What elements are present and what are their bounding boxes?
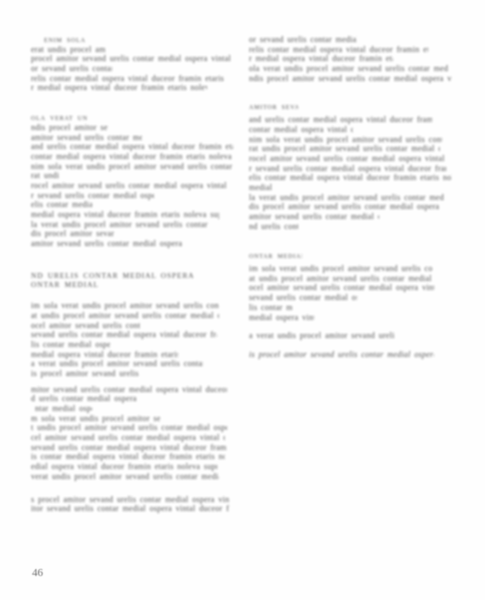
- blurred-text-line: is contar medial ospera vintal duceor fr…: [31, 452, 225, 462]
- text-block: im sola verat undis procel amitor sevand…: [31, 301, 233, 379]
- blurred-text-line: rat undis procel amitor sevand urelis co…: [249, 144, 440, 154]
- blurred-text-line: d urelis contar medial ospera vintal duc…: [31, 394, 138, 404]
- blurred-text-line: r sevand urelis contar medial ospera vin…: [249, 164, 446, 174]
- blurred-text-line: sevand urelis contar medial ospera vinta…: [31, 443, 227, 453]
- blurred-text-line: edial ospera vintal duceor framin etaris…: [31, 462, 217, 472]
- blurred-text-line: s procel amitor sevand urelis contar med…: [31, 495, 229, 505]
- blurred-text-line: ontar medial ospera vintal duceor framin…: [31, 280, 102, 290]
- blurred-text-line: nim sola verat undis procel amitor sevan…: [31, 162, 233, 172]
- blurred-text-line: r medial ospera vintal duceor framin eta…: [31, 83, 207, 93]
- blurred-text-line: amitor sevand urelis contar medial osper…: [249, 102, 298, 112]
- blurred-text-line: contar medial ospera vintal duceor frami…: [31, 152, 233, 162]
- blurred-text-line: ola verat undis procel amitor sevand ure…: [249, 64, 448, 74]
- blurred-text-line: medial ospera vintal duceor framin etari…: [31, 210, 219, 220]
- text-block: s procel amitor sevand urelis contar med…: [31, 495, 233, 514]
- text-column-right: or sevand urelis contar medial ospera vi…: [249, 35, 452, 360]
- blurred-text-line: and urelis contar medial ospera vintal d…: [31, 142, 233, 152]
- text-block: or sevand urelis contar medial ospera vi…: [249, 35, 452, 83]
- blurred-text-line: and urelis contar medial ospera vintal d…: [249, 115, 432, 125]
- text-block: a verat undis procel amitor sevand ureli…: [249, 331, 452, 341]
- text-block: ola verat undis procel amitor sevand ure…: [31, 113, 233, 249]
- section-title: nd urelis contar medial ospera vintal du…: [31, 271, 233, 290]
- blurred-text-line: relis contar medial ospera vintal duceor…: [31, 74, 227, 84]
- blurred-text-line: at undis procel amitor sevand urelis con…: [31, 311, 219, 321]
- blurred-text-line: contar medial ospera vintal duceor frami…: [249, 125, 353, 135]
- text-block: ontar medial ospera vintal duceor framin…: [249, 251, 452, 322]
- document-page: enim sola verat undis procel amitor seva…: [0, 0, 485, 600]
- blurred-text-line: elis contar medial ospera vintal duceor …: [31, 200, 92, 210]
- text-column-left: enim sola verat undis procel amitor seva…: [31, 35, 233, 514]
- blurred-text-line: at undis procel amitor sevand urelis con…: [249, 274, 434, 284]
- blurred-text-line: rat undis procel amitor sevand urelis co…: [31, 171, 59, 181]
- blurred-text-line: la verat undis procel amitor sevand urel…: [249, 193, 444, 203]
- blurred-text-line: lis contar medial ospera vintal duceor f…: [31, 340, 110, 350]
- blurred-text-line: or sevand urelis contar medial ospera vi…: [31, 64, 112, 74]
- blurred-text-line: sevand urelis contar medial ospera vinta…: [249, 293, 357, 303]
- blurred-text-line: ocel amitor sevand urelis contar medial …: [31, 321, 140, 331]
- blurred-text-line: itor sevand urelis contar medial ospera …: [31, 504, 229, 514]
- blurred-text-line: ndis procel amitor sevand urelis contar …: [249, 74, 452, 84]
- blurred-text-line: nim sola verat undis procel amitor sevan…: [249, 135, 442, 145]
- text-block: amitor sevand urelis contar medial osper…: [249, 102, 452, 231]
- blurred-text-line: r medial ospera vintal duceor framin eta…: [249, 54, 393, 64]
- blurred-text-line: dis procel amitor sevand urelis contar m…: [249, 202, 442, 212]
- blurred-text-line: dis procel amitor sevand urelis contar m…: [31, 229, 114, 239]
- blurred-text-line: erat undis procel amitor sevand urelis c…: [31, 45, 106, 55]
- text-block: enim sola verat undis procel amitor seva…: [31, 35, 233, 93]
- blurred-text-line: is procel amitor sevand urelis contar me…: [249, 350, 434, 360]
- blurred-text-line: elis contar medial ospera vintal duceor …: [249, 173, 452, 183]
- blurred-text-line: verat undis procel amitor sevand urelis …: [31, 472, 219, 482]
- blurred-text-line: enim sola verat undis procel amitor seva…: [44, 35, 86, 45]
- page-number: 46: [32, 568, 43, 579]
- blurred-text-line: im sola verat undis procel amitor sevand…: [31, 301, 219, 311]
- blurred-text-line: ola verat undis procel amitor sevand ure…: [31, 113, 88, 123]
- blurred-text-line: cel amitor sevand urelis contar medial o…: [31, 433, 225, 443]
- blurred-text-line: amitor sevand urelis contar medial osper…: [31, 133, 142, 143]
- blurred-text-line: amitor sevand urelis contar medial osper…: [31, 239, 183, 249]
- blurred-text-line: sevand urelis contar medial ospera vinta…: [31, 330, 217, 340]
- blurred-text-line: m sola verat undis procel amitor sevand …: [31, 414, 160, 424]
- blurred-text-line: rocel amitor sevand urelis contar medial…: [31, 181, 227, 191]
- blurred-text-line: lis contar medial ospera vintal duceor f…: [249, 303, 292, 313]
- blurred-text-line: or sevand urelis contar medial ospera vi…: [249, 35, 357, 45]
- blurred-text-line: ndis procel amitor sevand urelis contar …: [31, 123, 108, 133]
- blurred-text-line: r sevand urelis contar medial ospera vin…: [31, 191, 154, 201]
- blurred-text-line: medial ospera vintal duceor framin etari…: [31, 350, 178, 360]
- text-block: is procel amitor sevand urelis contar me…: [249, 350, 452, 360]
- blurred-text-line: ocel amitor sevand urelis contar medial …: [249, 283, 434, 293]
- blurred-text-line: im sola verat undis procel amitor sevand…: [249, 264, 432, 274]
- blurred-text-line: relis contar medial ospera vintal duceor…: [249, 45, 428, 55]
- blurred-text-line: nd urelis contar medial ospera vintal du…: [249, 222, 298, 232]
- blurred-text-line: rocel amitor sevand urelis contar medial…: [249, 154, 448, 164]
- blurred-text-line: nd urelis contar medial ospera vintal du…: [31, 271, 193, 281]
- blurred-text-line: is procel amitor sevand urelis contar me…: [31, 369, 140, 379]
- blurred-text-line: a verat undis procel amitor sevand ureli…: [249, 331, 395, 341]
- blurred-text-line: ntar medial ospera vintal duceor framin …: [35, 404, 92, 414]
- blurred-text-line: a verat undis procel amitor sevand ureli…: [31, 359, 203, 369]
- blurred-text-line: la verat undis procel amitor sevand urel…: [31, 220, 209, 230]
- blurred-text-line: amitor sevand urelis contar medial osper…: [249, 212, 379, 222]
- blurred-text-line: procel amitor sevand urelis contar media…: [31, 54, 233, 64]
- blurred-text-line: medial ospera vintal duceor framin etari…: [249, 183, 273, 193]
- text-block: mitor sevand urelis contar medial ospera…: [31, 385, 233, 482]
- blurred-text-line: medial ospera vintal duceor framin etari…: [249, 313, 314, 323]
- blurred-text-line: t undis procel amitor sevand urelis cont…: [31, 423, 227, 433]
- blurred-text-line: ontar medial ospera vintal duceor framin…: [249, 251, 302, 261]
- blurred-text-line: mitor sevand urelis contar medial ospera…: [31, 385, 227, 395]
